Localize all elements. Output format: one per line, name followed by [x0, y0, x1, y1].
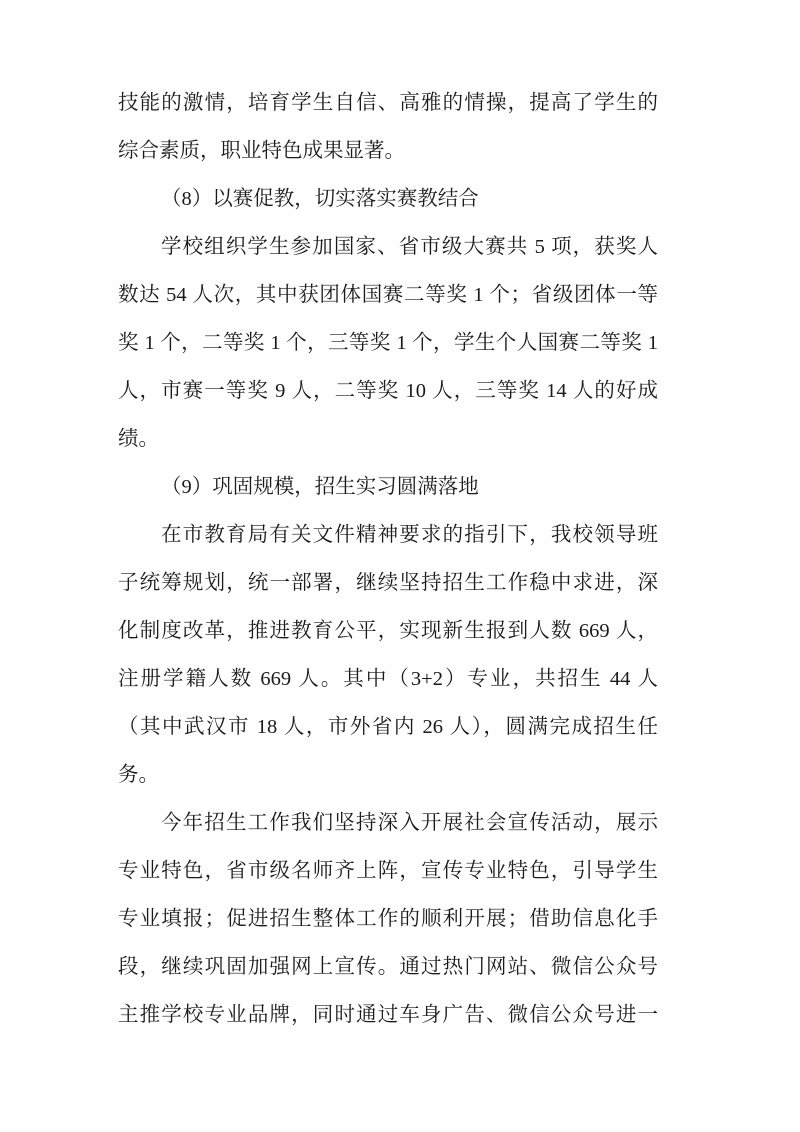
text-line: 奖 1 个，二等奖 1 个，三等奖 1 个，学生个人国赛二等奖 1 — [118, 319, 658, 367]
text-line: 子统筹规划，统一部署，继续坚持招生工作稳中求进，深 — [118, 559, 658, 607]
text-line: 段，继续巩固加强网上宣传。通过热门网站、微信公众号 — [118, 943, 658, 991]
text-line: 注册学籍人数 669 人。其中（3+2）专业，共招生 44 人 — [118, 655, 658, 703]
document-body: 技能的激情，培育学生自信、高雅的情操，提高了学生的综合素质，职业特色成果显著。（… — [118, 79, 658, 1039]
text-line: 专业特色，省市级名师齐上阵，宣传专业特色，引导学生 — [118, 847, 658, 895]
text-line: 数达 54 人次，其中获团体国赛二等奖 1 个；省级团体一等 — [118, 271, 658, 319]
document-page: 技能的激情，培育学生自信、高雅的情操，提高了学生的综合素质，职业特色成果显著。（… — [0, 0, 800, 1132]
text-line: 在市教育局有关文件精神要求的指引下，我校领导班 — [118, 511, 658, 559]
text-line: （其中武汉市 18 人，市外省内 26 人），圆满完成招生任 — [118, 703, 658, 751]
text-line: 主推学校专业品牌，同时通过车身广告、微信公众号进一 — [118, 991, 658, 1039]
text-line: （8）以赛促教，切实落实赛教结合 — [118, 175, 658, 223]
text-line: 人，市赛一等奖 9 人，二等奖 10 人，三等奖 14 人的好成 — [118, 367, 658, 415]
text-line: 务。 — [118, 751, 658, 799]
text-line: 技能的激情，培育学生自信、高雅的情操，提高了学生的 — [118, 79, 658, 127]
text-line: 绩。 — [118, 415, 658, 463]
text-line: 综合素质，职业特色成果显著。 — [118, 127, 658, 175]
text-line: 专业填报；促进招生整体工作的顺利开展；借助信息化手 — [118, 895, 658, 943]
text-line: 今年招生工作我们坚持深入开展社会宣传活动，展示 — [118, 799, 658, 847]
text-line: （9）巩固规模，招生实习圆满落地 — [118, 463, 658, 511]
text-line: 学校组织学生参加国家、省市级大赛共 5 项，获奖人 — [118, 223, 658, 271]
text-line: 化制度改革，推进教育公平，实现新生报到人数 669 人， — [118, 607, 658, 655]
